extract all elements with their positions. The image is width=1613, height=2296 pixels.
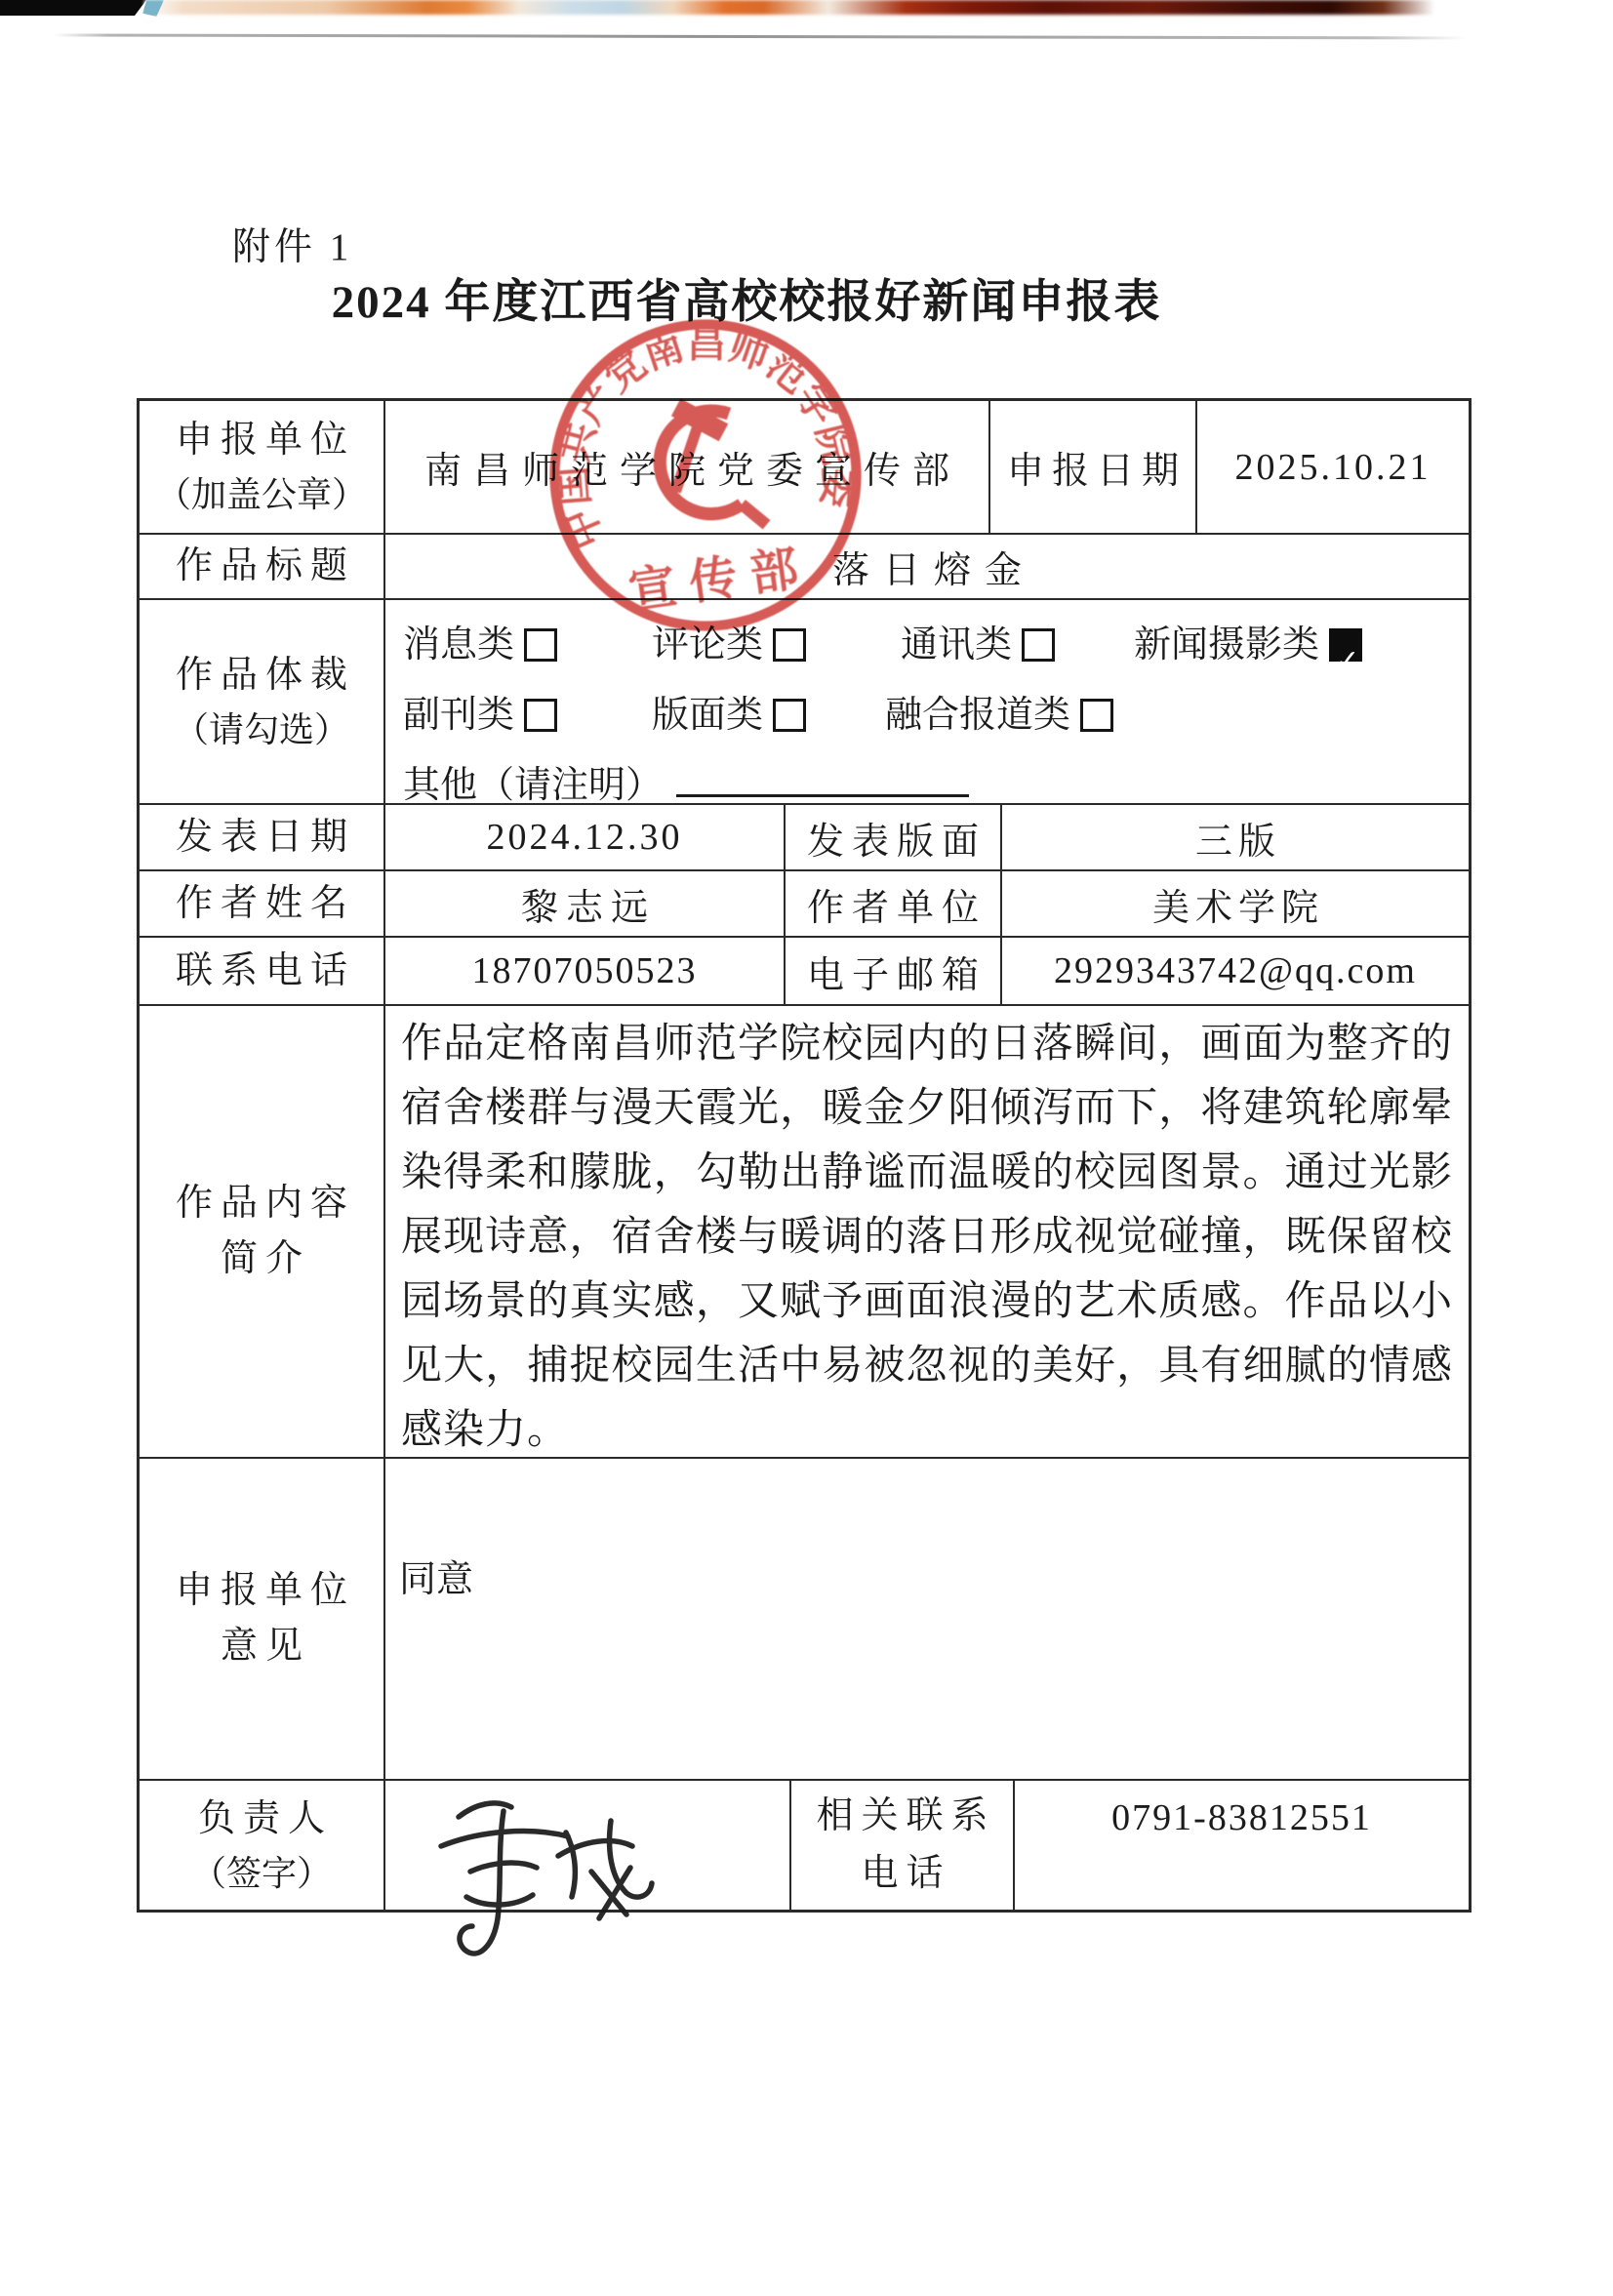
field-value-content-summary: 作品定格南昌师范学院校园内的日落瞬间，画面为整齐的宿舍楼群与漫天霞光，暖金夕阳倾… bbox=[383, 1006, 1469, 1457]
field-label-application-date: 申报日期 bbox=[988, 401, 1195, 533]
table-row: 发表日期 2024.12.30 发表版面 三版 bbox=[140, 805, 1469, 871]
field-value-related-phone: 0791-83812551 bbox=[1013, 1781, 1469, 1910]
field-label-publish-page: 发表版面 bbox=[784, 805, 1000, 869]
field-label-genre: 作品体裁 （请勾选） bbox=[140, 600, 383, 803]
field-label-publish-date: 发表日期 bbox=[140, 805, 383, 869]
genre-option-label: 消息类 bbox=[403, 624, 514, 665]
field-label-related-phone: 相关联系 电话 bbox=[789, 1781, 1013, 1910]
field-value-publish-date: 2024.12.30 bbox=[383, 805, 784, 869]
table-row: 作品内容 简介 作品定格南昌师范学院校园内的日落瞬间，画面为整齐的宿舍楼群与漫天… bbox=[140, 1006, 1469, 1459]
scan-artifact-page-shadow-line bbox=[54, 33, 1467, 39]
genre-option-label: 版面类 bbox=[652, 695, 763, 736]
field-value-email: 2929343742@qq.com bbox=[1000, 938, 1469, 1004]
table-row: 申报单位 意见 同意 bbox=[140, 1459, 1469, 1781]
scan-artifact-photo-edge bbox=[144, 0, 1434, 15]
genre-option-label: 新闻摄影类 bbox=[1134, 624, 1319, 665]
field-value-author-unit: 美术学院 bbox=[1000, 871, 1469, 936]
checkbox-news-photography-icon bbox=[1329, 628, 1362, 662]
field-label-author-name: 作者姓名 bbox=[140, 871, 383, 936]
field-label-unit-opinion: 申报单位 意见 bbox=[140, 1459, 383, 1779]
table-row: 作者姓名 黎志远 作者单位 美术学院 bbox=[140, 871, 1469, 938]
handwritten-signature bbox=[420, 1782, 673, 1973]
scan-artifact-black-corner bbox=[0, 0, 146, 16]
field-label-work-title: 作品标题 bbox=[140, 535, 383, 598]
genre-other-blank-line bbox=[676, 767, 969, 797]
genre-option-label: 融合报道类 bbox=[885, 695, 1070, 736]
table-row: 负责人 （签字） 相关联系 电话 0791-83812551 bbox=[140, 1781, 1469, 1910]
field-label-contact-phone: 联系电话 bbox=[140, 938, 383, 1004]
checkbox-layout-icon bbox=[773, 699, 806, 732]
field-label-responsible-person: 负责人 （签字） bbox=[140, 1781, 383, 1910]
official-seal-stamp: 中国共产党南昌师范学院委员会 宣传部 bbox=[504, 273, 907, 676]
field-value-contact-phone: 18707050523 bbox=[383, 938, 784, 1004]
attachment-label: 附件 1 bbox=[232, 217, 352, 271]
field-label-content-summary: 作品内容 简介 bbox=[140, 1006, 383, 1457]
field-value-publish-page: 三版 bbox=[1000, 805, 1469, 869]
table-row: 联系电话 18707050523 电子邮箱 2929343742@qq.com bbox=[140, 938, 1469, 1006]
hammer-sickle-icon bbox=[652, 397, 766, 539]
genre-option-line2: 副刊类 版面类 融合报道类 bbox=[403, 680, 1113, 750]
genre-option-label: 副刊类 bbox=[403, 695, 514, 736]
field-label-email: 电子邮箱 bbox=[784, 938, 1000, 1004]
checkbox-communication-icon bbox=[1022, 628, 1055, 662]
field-value-unit-opinion: 同意 bbox=[383, 1459, 1469, 1779]
field-value-author-name: 黎志远 bbox=[383, 871, 784, 936]
scanned-form-page: 附件 1 2024 年度江西省高校校报好新闻申报表 申报单位 （加盖公章） 南昌… bbox=[0, 0, 1613, 2296]
field-label-author-unit: 作者单位 bbox=[784, 871, 1000, 936]
checkbox-converged-report-icon bbox=[1080, 699, 1113, 732]
checkbox-supplement-icon bbox=[524, 699, 557, 732]
field-label-applying-unit: 申报单位 （加盖公章） bbox=[140, 401, 383, 533]
genre-option-label: 通讯类 bbox=[901, 624, 1012, 665]
genre-other-label: 其他（请注明） bbox=[403, 765, 663, 806]
field-value-application-date: 2025.10.21 bbox=[1195, 401, 1469, 533]
